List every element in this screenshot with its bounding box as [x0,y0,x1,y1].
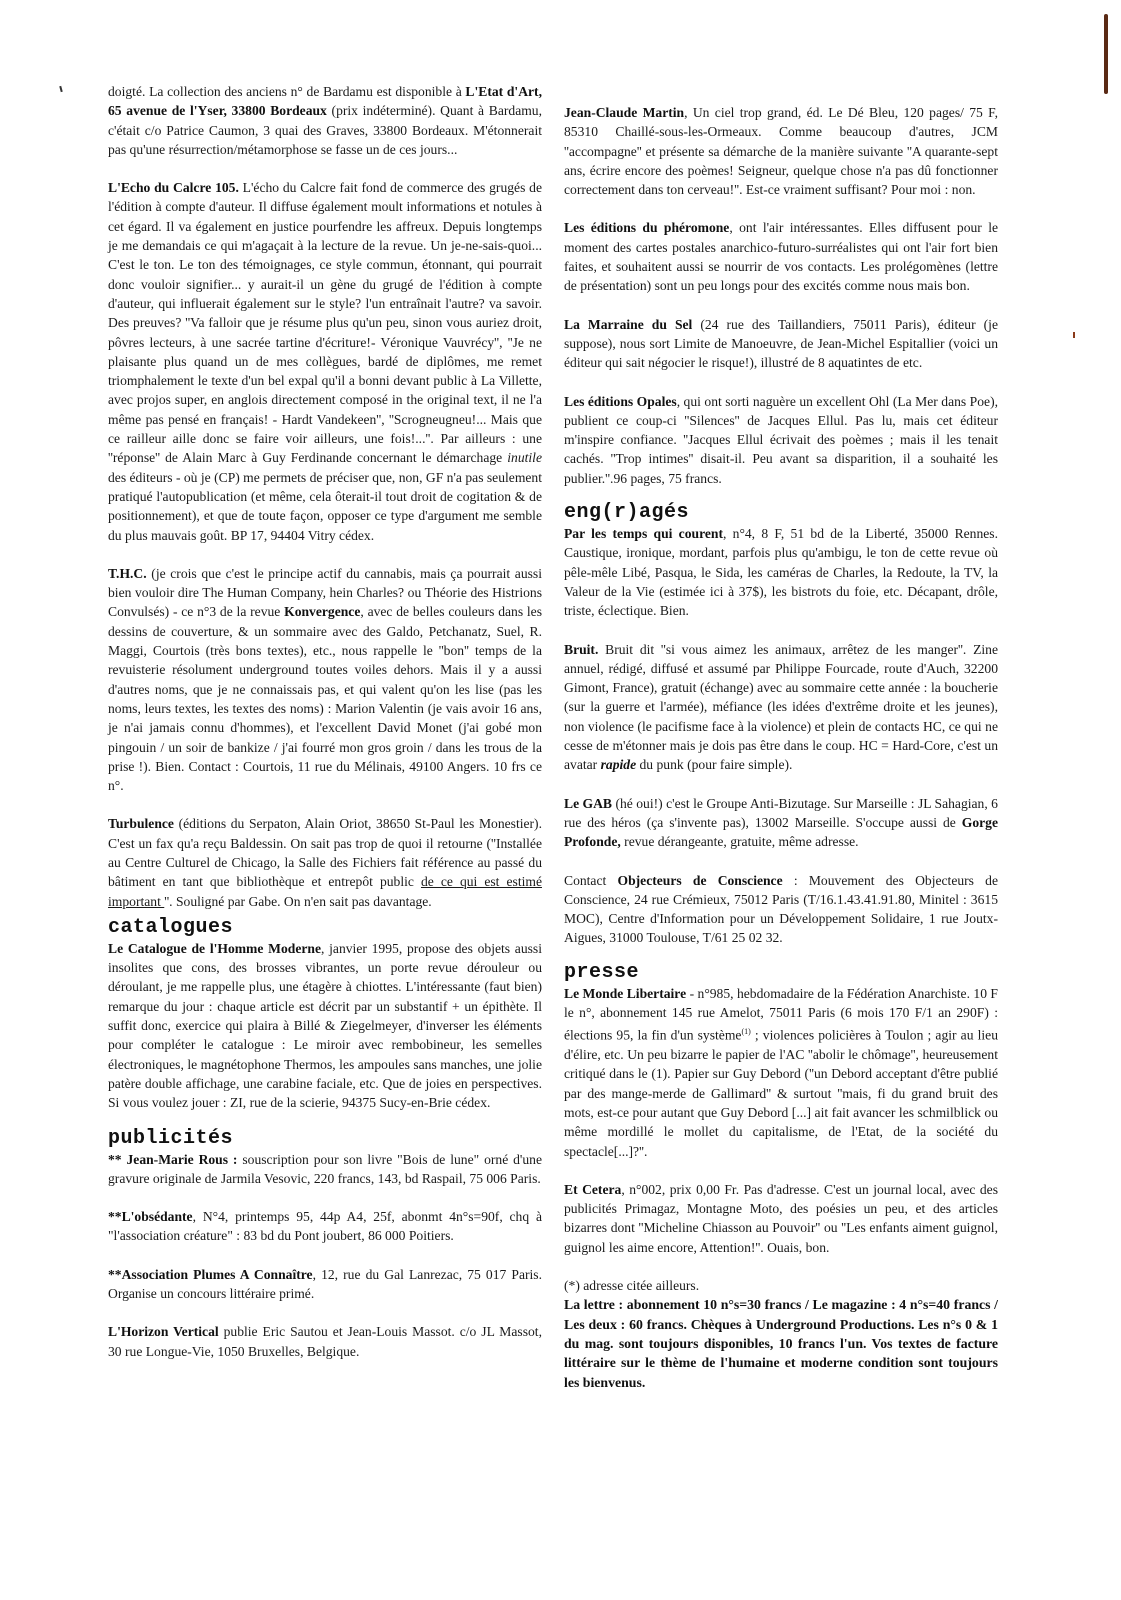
paragraph-bardamu: doigté. La collection des anciens n° de … [108,82,542,159]
review-title: **Association Plumes A Connaître [108,1267,313,1282]
review-title: L'Horizon Vertical [108,1324,219,1339]
review-title: Par les temps qui courent [564,526,723,541]
review-title: La Marraine du Sel [564,317,692,332]
section-heading-publicites: publicités [108,1128,542,1150]
paragraph-monde-libertaire: Le Monde Libertaire - n°985, hebdomadair… [564,984,998,1161]
section-heading-presse: presse [564,962,998,984]
review-title: Les éditions du phéromone [564,220,729,235]
paragraph-thc: T.H.C. (je crois que c'est le principe a… [108,564,542,796]
paragraph-turbulence: Turbulence (éditions du Serpaton, Alain … [108,814,542,910]
paragraph-obsedante: **L'obsédante, N°4, printemps 95, 44p A4… [108,1207,542,1246]
review-title: Le GAB [564,796,612,811]
scan-mark [1073,332,1075,338]
footnote: (*) adresse citée ailleurs. [564,1276,998,1295]
left-column: doigté. La collection des anciens n° de … [108,82,542,1380]
paragraph-pheromone: Les éditions du phéromone, ont l'air int… [564,218,998,295]
review-title: Et Cetera [564,1182,621,1197]
review-title: ** Jean-Marie Rous : [108,1152,237,1167]
paragraph-et-cetera: Et Cetera, n°002, prix 0,00 Fr. Pas d'ad… [564,1180,998,1257]
scan-mark [59,86,62,92]
paragraph-jean-claude-martin: Jean-Claude Martin, Un ciel trop grand, … [564,103,998,199]
paragraph-catalogue-homme-moderne: Le Catalogue de l'Homme Moderne, janvier… [108,939,542,1113]
subscription-info: La lettre : abonnement 10 n°s=30 francs … [564,1295,998,1391]
review-title: Objecteurs de Conscience [618,873,783,888]
section-heading-catalogues: catalogues [108,917,542,939]
paragraph-marraine-du-sel: La Marraine du Sel (24 rue des Taillandi… [564,315,998,373]
review-title: Jean-Claude Martin [564,105,684,120]
review-title: L'Echo du Calcre 105. [108,180,239,195]
scan-pen-mark [1104,14,1108,94]
paragraph-horizon-vertical: L'Horizon Vertical publie Eric Sautou et… [108,1322,542,1361]
review-title: Turbulence [108,816,174,831]
review-title: Les éditions Opales [564,394,677,409]
review-title: Bruit. [564,642,598,657]
paragraph-objecteurs: Contact Objecteurs de Conscience : Mouve… [564,871,998,948]
paragraph-gab: Le GAB (hé oui!) c'est le Groupe Anti-Bi… [564,794,998,852]
right-column: Jean-Claude Martin, Un ciel trop grand, … [564,103,998,1411]
section-heading-engages: eng(r)agés [564,502,998,524]
review-title: Le Monde Libertaire [564,986,686,1001]
paragraph-jean-marie-rous: ** Jean-Marie Rous : souscription pour s… [108,1150,542,1189]
paragraph-plumes-a-connaitre: **Association Plumes A Connaître, 12, ru… [108,1265,542,1304]
review-title: T.H.C. [108,566,147,581]
paragraph-bruit: Bruit. Bruit dit ''si vous aimez les ani… [564,640,998,775]
paragraph-echo-du-calcre: L'Echo du Calcre 105. L'écho du Calcre f… [108,178,542,545]
paragraph-par-les-temps: Par les temps qui courent, n°4, 8 F, 51 … [564,524,998,620]
review-title: Le Catalogue de l'Homme Moderne [108,941,321,956]
paragraph-opales: Les éditions Opales, qui ont sorti naguè… [564,392,998,488]
review-title: **L'obsédante [108,1209,193,1224]
